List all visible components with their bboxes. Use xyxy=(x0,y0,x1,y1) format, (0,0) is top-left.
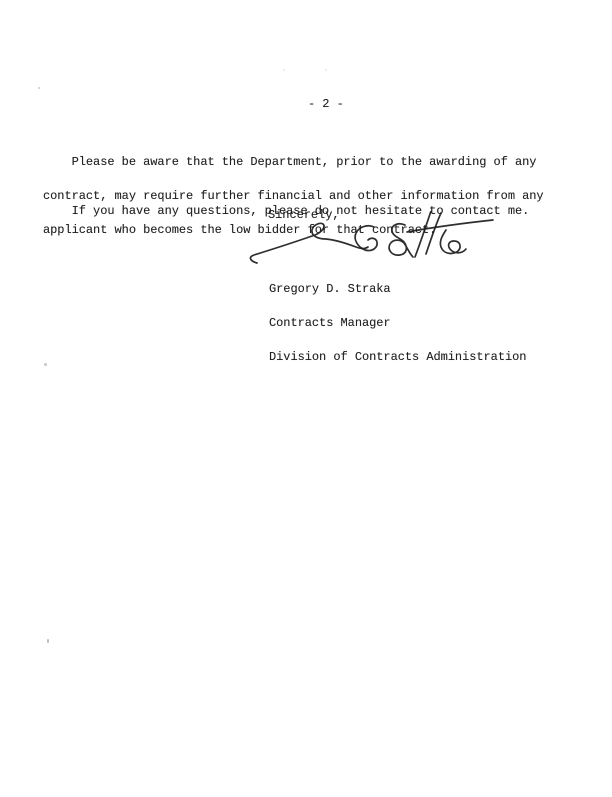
scan-speck xyxy=(325,69,327,71)
scan-speck xyxy=(47,639,49,643)
signer-title: Contracts Manager xyxy=(269,318,526,329)
letter-page: - 2 - Please be aware that the Departmen… xyxy=(0,0,612,797)
scan-speck xyxy=(38,87,40,89)
scan-speck xyxy=(44,363,47,366)
scan-speck xyxy=(283,69,285,71)
body-line: Please be aware that the Department, pri… xyxy=(43,157,544,168)
page-number: - 2 - xyxy=(308,99,344,110)
signer-name: Gregory D. Straka xyxy=(269,284,526,295)
salutation: Sincerely, xyxy=(268,210,340,221)
signature-block: Gregory D. Straka Contracts Manager Divi… xyxy=(269,261,526,386)
signer-department: Division of Contracts Administration xyxy=(269,352,526,363)
